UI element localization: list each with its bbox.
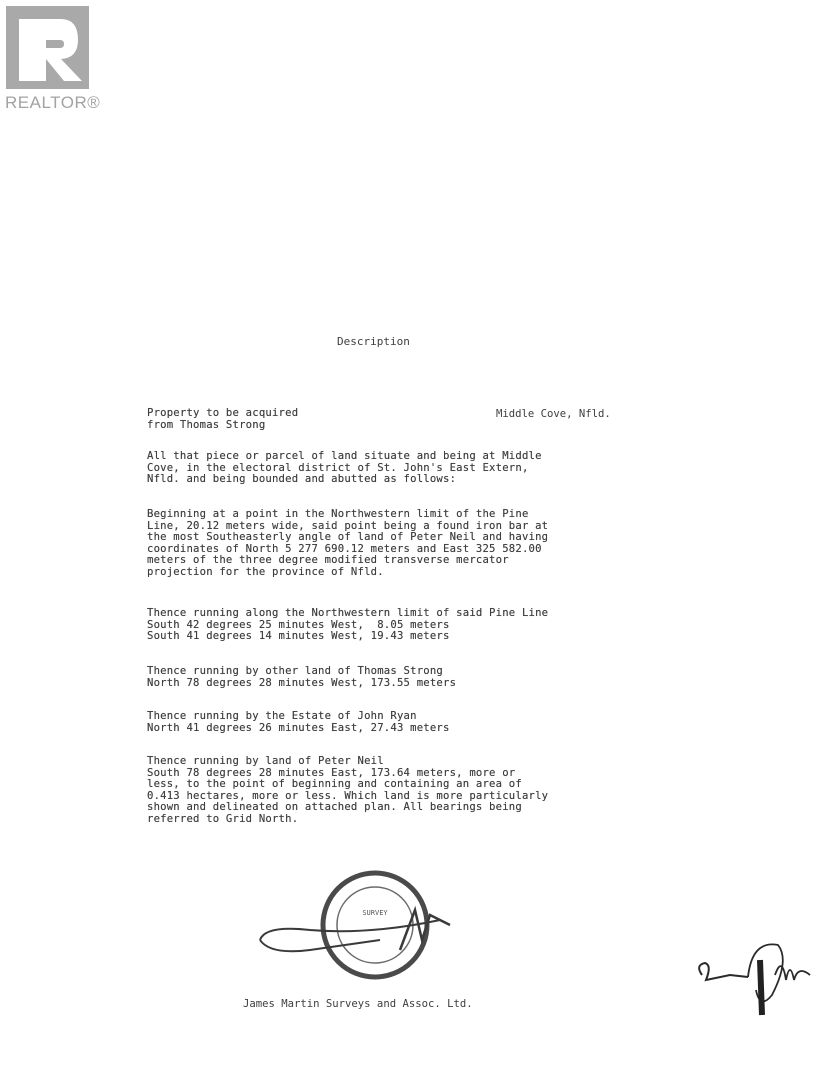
realtor-logo-icon (6, 6, 89, 89)
document-title: Description (337, 335, 410, 348)
realtor-label: REALTOR® (5, 93, 100, 113)
signature-icon (690, 935, 820, 1020)
paragraph-beginning: Beginning at a point in the Northwestern… (147, 509, 548, 579)
header-location: Middle Cove, Nfld. (496, 408, 611, 420)
header-left: Property to be acquired from Thomas Stro… (147, 408, 298, 431)
paragraph-peter-neil: Thence running by land of Peter Neil Sou… (147, 756, 548, 826)
surveyor-firm-name: James Martin Surveys and Assoc. Ltd. (243, 998, 473, 1010)
paragraph-john-ryan: Thence running by the Estate of John Rya… (147, 711, 450, 734)
paragraph-thomas-strong: Thence running by other land of Thomas S… (147, 666, 456, 689)
svg-text:SURVEY: SURVEY (362, 909, 388, 917)
paragraph-parcel: All that piece or parcel of land situate… (147, 451, 542, 486)
paragraph-pine-line: Thence running along the Northwestern li… (147, 608, 548, 643)
surveyor-stamp-icon: SURVEY (250, 870, 480, 995)
